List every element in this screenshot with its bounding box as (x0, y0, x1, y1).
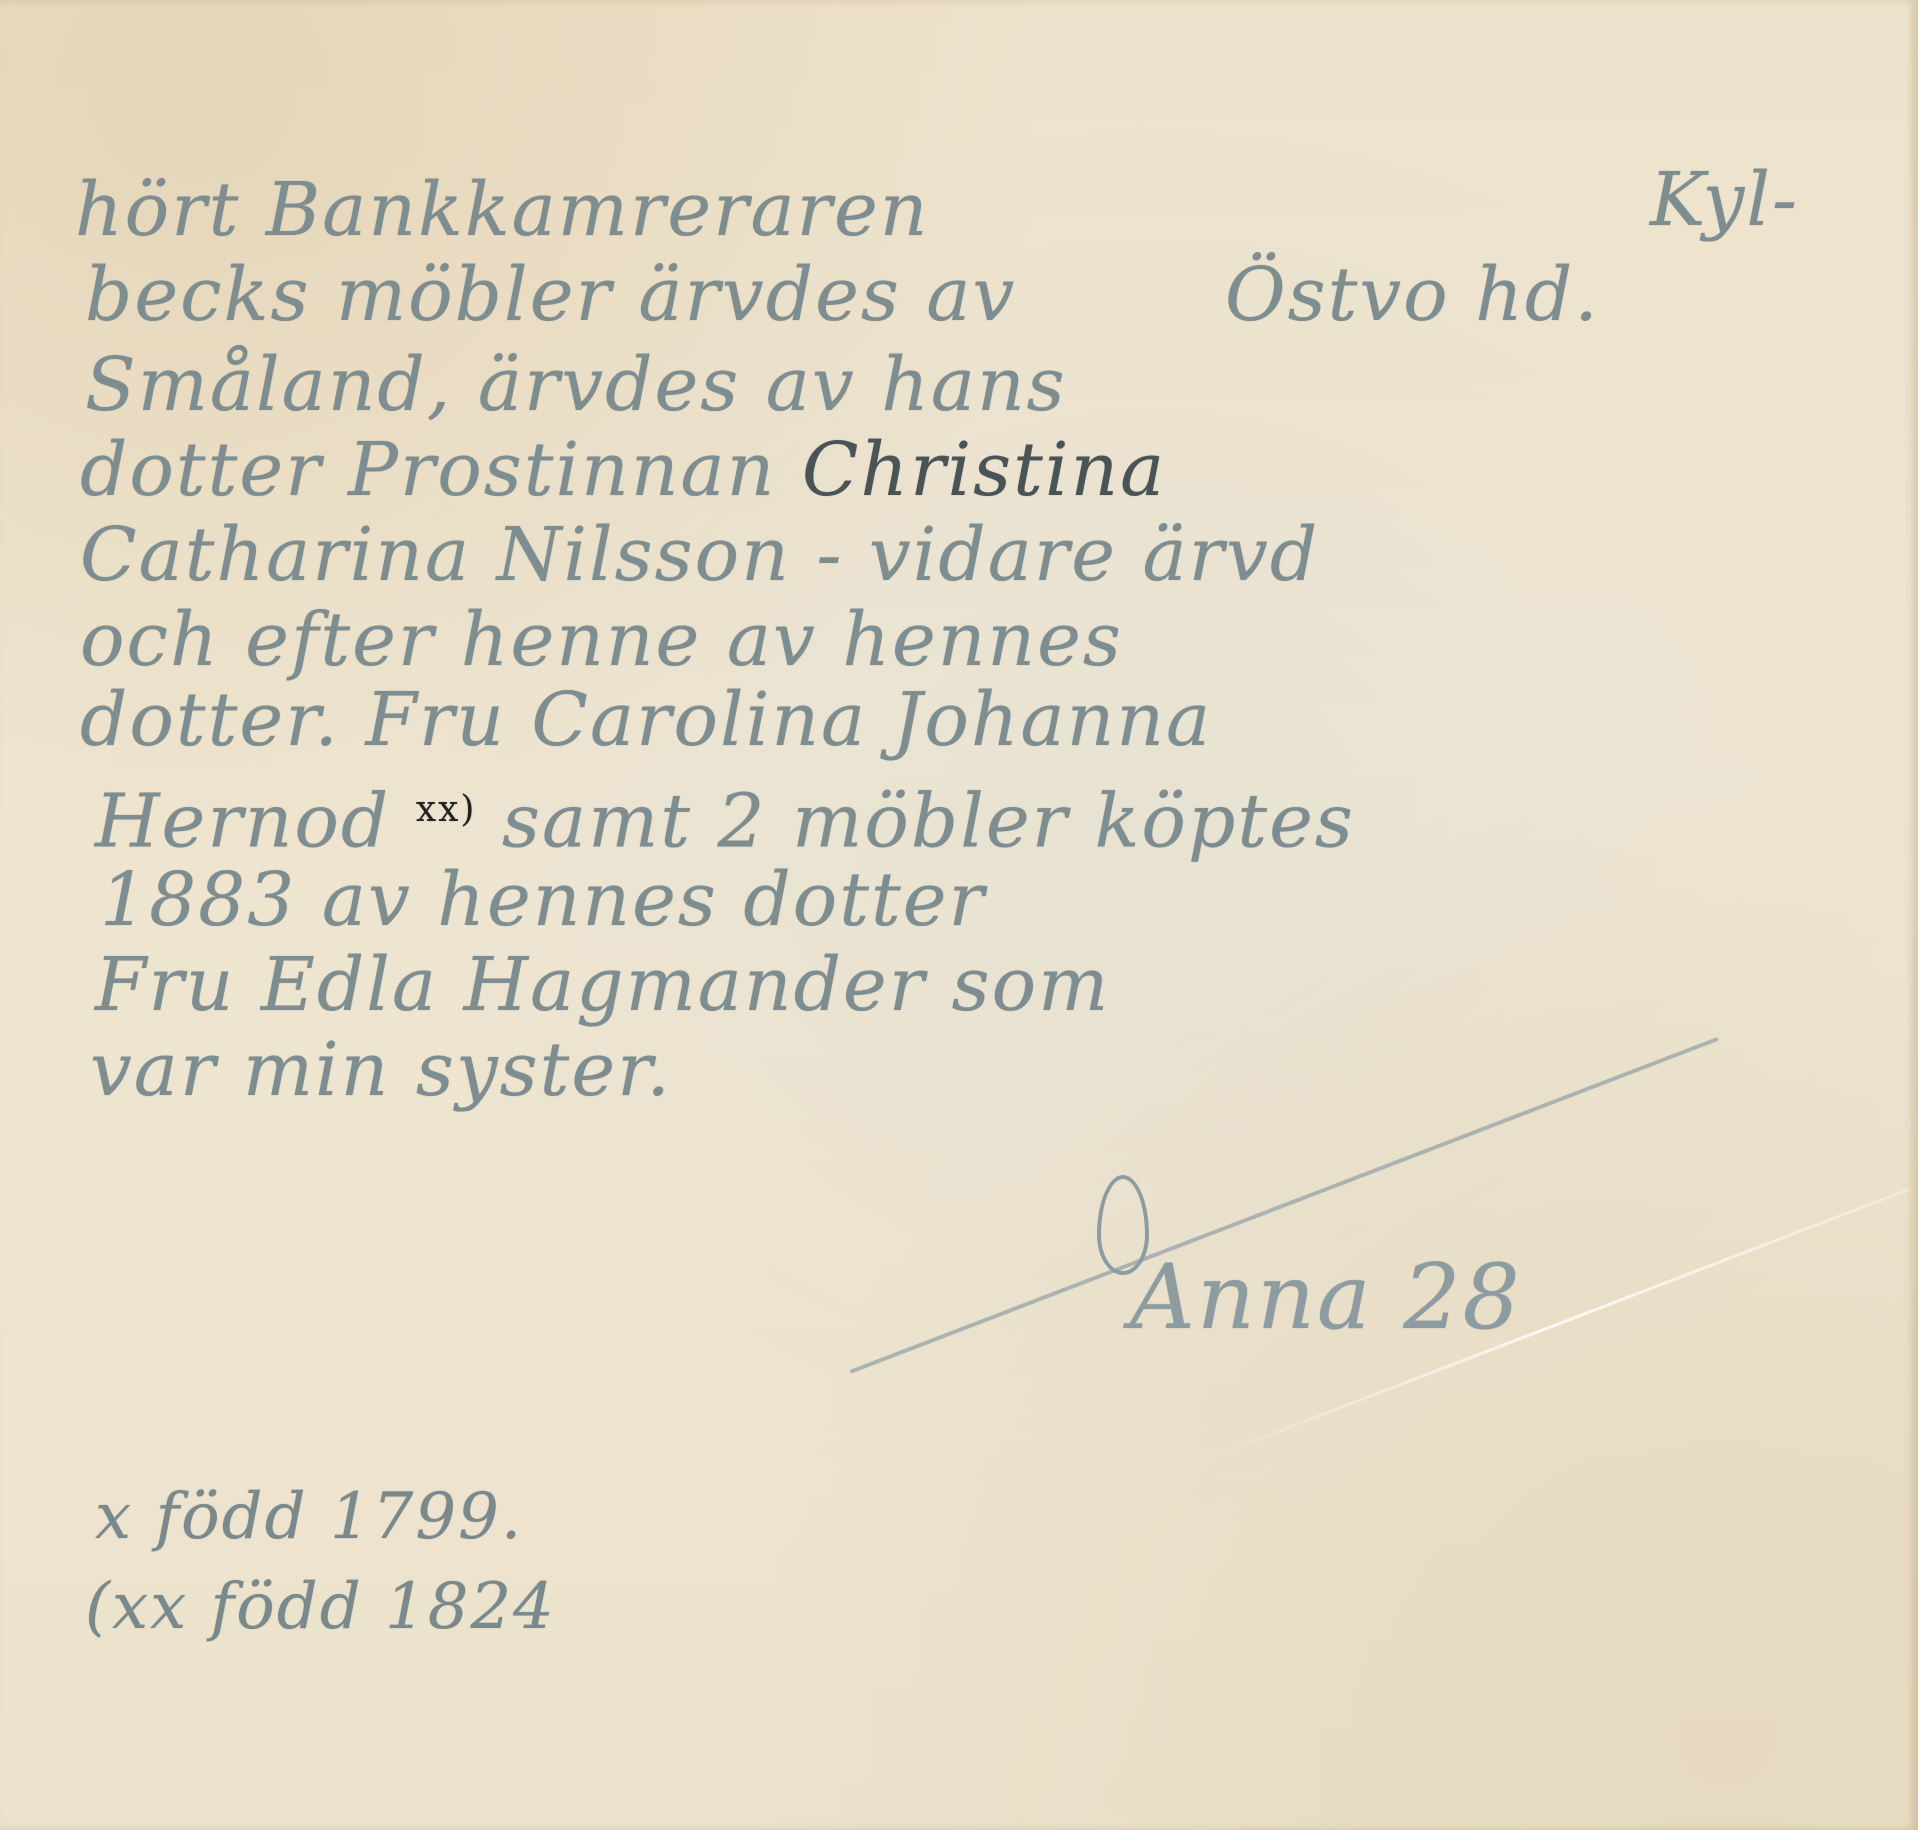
line-1-text: hört Bankkamreraren (75, 167, 929, 253)
line-1-continuation: Kyl- (1650, 157, 1799, 243)
footnote-1-text: född 1799. (155, 1480, 523, 1554)
text-line-4: dotter Prostinnan Christina (80, 430, 1166, 510)
line-6-text: och efter henne av hennes (80, 597, 1123, 683)
line-5-text: Catharina Nilsson (80, 512, 791, 598)
footnote-1: x född 1799. (95, 1480, 523, 1554)
signature: Anna 28 (1130, 1245, 1522, 1350)
text-line-7: dotter. Fru Carolina Johanna (80, 680, 1212, 760)
text-line-6: och efter henne av hennes (80, 600, 1123, 680)
line-11-text: var min syster. (90, 1027, 672, 1113)
line-10-text: Fru Edla Hagmander som (95, 942, 1110, 1028)
text-line-2-continuation: Östvo hd. (1225, 255, 1600, 335)
line-7-text: dotter. Fru Carolina Johanna (80, 677, 1212, 763)
line-2-continuation: Östvo hd. (1225, 252, 1600, 338)
line-9-text: 1883 av hennes dotter (100, 857, 986, 943)
text-line-10: Fru Edla Hagmander som (95, 945, 1110, 1025)
text-line-5: Catharina Nilsson - vidare ärvd (80, 515, 1319, 595)
text-line-9: 1883 av hennes dotter (100, 860, 986, 940)
line-4-emphasis: Christina (802, 427, 1166, 513)
line-8-text: Hernod (95, 779, 390, 865)
line-3-text: Småland, ärvdes av hans (85, 342, 1067, 428)
footnote-2: (xx född 1824 (85, 1570, 556, 1644)
footnote-1-mark: x (95, 1480, 133, 1554)
text-line-2: becks möbler ärvdes av (85, 255, 1016, 335)
text-line-3: Småland, ärvdes av hans (85, 345, 1067, 425)
text-line-11: var min syster. (90, 1030, 672, 1110)
text-line-1: hört Bankkamreraren (75, 170, 929, 250)
line-2-text: becks möbler ärvdes av (85, 252, 1016, 338)
line-5-continuation: - vidare ärvd (816, 512, 1319, 598)
line-4-text: dotter Prostinnan (80, 427, 776, 513)
text-line-8: Hernod xx) samt 2 möbler köptes (95, 770, 1355, 862)
text-line-1-continuation: Kyl- (1650, 160, 1799, 240)
footnote-2-text: född 1824 (211, 1570, 556, 1644)
signature-text: Anna 28 (1130, 1245, 1522, 1350)
footnote-marker-xx: xx) (416, 789, 477, 830)
line-8-continuation: samt 2 möbler köptes (502, 779, 1355, 865)
footnote-2-mark: (xx (85, 1570, 188, 1644)
